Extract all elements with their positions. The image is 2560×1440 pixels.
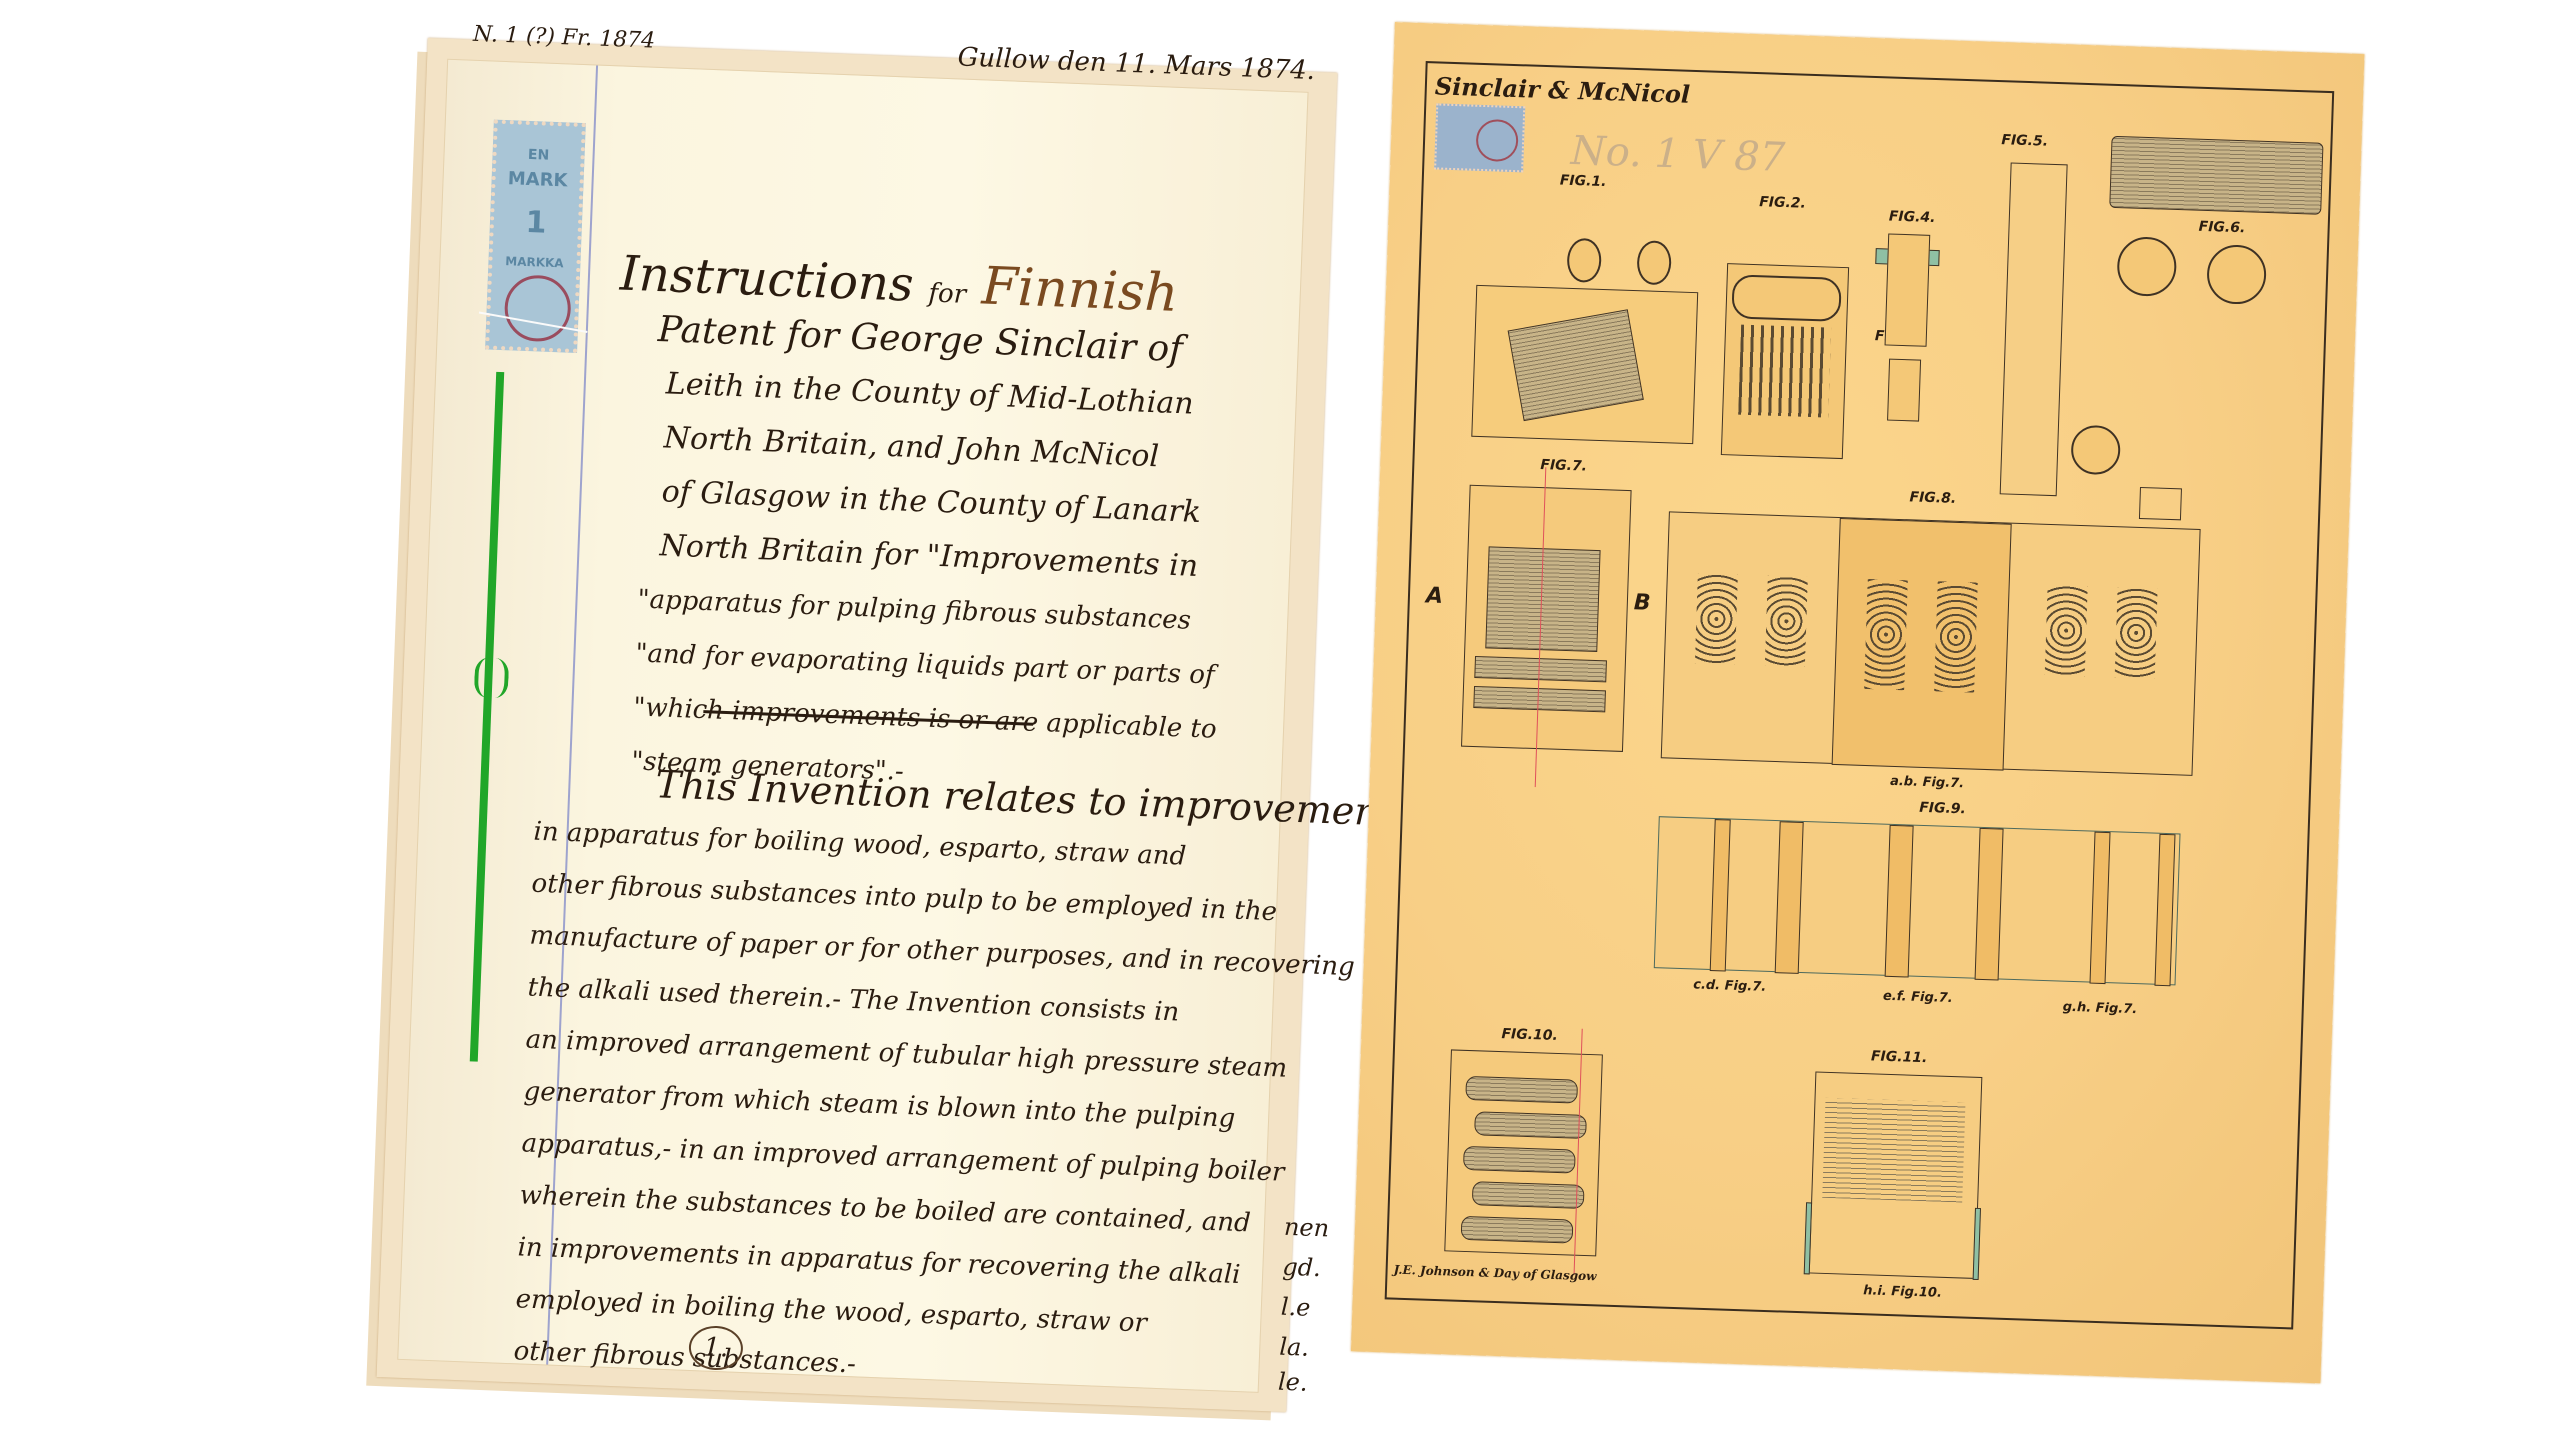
stamp-seal-icon bbox=[503, 274, 571, 342]
stamp-top-text: EN bbox=[496, 146, 581, 165]
archive-reference-note: N. 1 (?) Fr. 1874 bbox=[473, 22, 656, 54]
fig8-caption: a.b. Fig.7. bbox=[1890, 774, 1965, 791]
fig10-label: FIG.10. bbox=[1501, 1026, 1558, 1044]
fig5-label: FIG.5. bbox=[2001, 132, 2048, 150]
side-label-a: A bbox=[1426, 583, 1444, 609]
fig11-caption: h.i. Fig.10. bbox=[1863, 1283, 1942, 1301]
fig1-label: FIG.1. bbox=[1560, 173, 1607, 191]
fig4-label: FIG.4. bbox=[1889, 208, 1936, 226]
technical-drawing-sheet: Sinclair & McNicol No. 1 V 87 FIG.1. FIG… bbox=[1351, 22, 2365, 1383]
fig1-boiler-drawing bbox=[1471, 285, 1698, 444]
edge-text-fragment: la. bbox=[1279, 1333, 1310, 1362]
fig9-caption-cd: c.d. Fig.7. bbox=[1693, 977, 1766, 994]
invention-description: This Invention relates to improvements i… bbox=[513, 754, 1236, 1404]
fig6-cylinder-drawing bbox=[2109, 136, 2323, 215]
fig3-drawing bbox=[1887, 359, 1921, 422]
fig7-label: FIG.7. bbox=[1540, 457, 1587, 475]
fig8-elevation-drawing bbox=[1661, 511, 2201, 776]
fig5-column-drawing bbox=[2000, 162, 2068, 496]
fig9-caption-ef: e.f. Fig.7. bbox=[1883, 989, 1953, 1006]
document-front-page: EN MARK 1 MARKKA Instructions for Finnis… bbox=[397, 59, 1308, 1393]
side-label-b: B bbox=[1633, 590, 1651, 616]
fig7-section-drawing bbox=[1461, 485, 1632, 752]
fig9-caption-gh: g.h. Fig.7. bbox=[2062, 1000, 2137, 1017]
stamp-bottom-word: MARKKA bbox=[492, 254, 576, 271]
fig4-drawing bbox=[1885, 233, 1931, 346]
stamp-value: 1 bbox=[493, 204, 578, 242]
handwritten-patent-document: N. 1 (?) Fr. 1874 Gullow den 11. Mars 18… bbox=[376, 38, 1347, 1417]
edge-text-fragment: gd. bbox=[1282, 1253, 1321, 1282]
revenue-stamp: EN MARK 1 MARKKA bbox=[485, 120, 586, 353]
ribbon-knot bbox=[474, 657, 510, 698]
fig11-label: FIG.11. bbox=[1871, 1048, 1928, 1066]
fig2-label: FIG.2. bbox=[1759, 194, 1806, 212]
patent-heading: Patent for George Sinclair of Leith in t… bbox=[620, 302, 1238, 811]
fig9-label: FIG.9. bbox=[1919, 800, 1966, 818]
fig11-elevation-drawing bbox=[1809, 1072, 1983, 1279]
fig5-box bbox=[2139, 487, 2182, 520]
green-ribbon bbox=[470, 372, 504, 1062]
fig9-plan-drawing bbox=[1654, 816, 2181, 985]
edge-text-fragment: l.e bbox=[1280, 1293, 1311, 1322]
title-for: for bbox=[928, 278, 967, 309]
fig2-drawing bbox=[1721, 263, 1849, 459]
edge-text-fragment: le. bbox=[1278, 1368, 1309, 1397]
stamp-denomination: MARK bbox=[495, 168, 580, 192]
stamp-seal-icon bbox=[1475, 119, 1518, 162]
edge-text-fragment: nen bbox=[1283, 1213, 1329, 1243]
drawing-revenue-stamp bbox=[1434, 103, 1525, 172]
title-finnish: Finnish bbox=[981, 256, 1180, 323]
fig6-label: FIG.6. bbox=[2198, 219, 2245, 237]
fig8-label: FIG.8. bbox=[1909, 489, 1956, 507]
